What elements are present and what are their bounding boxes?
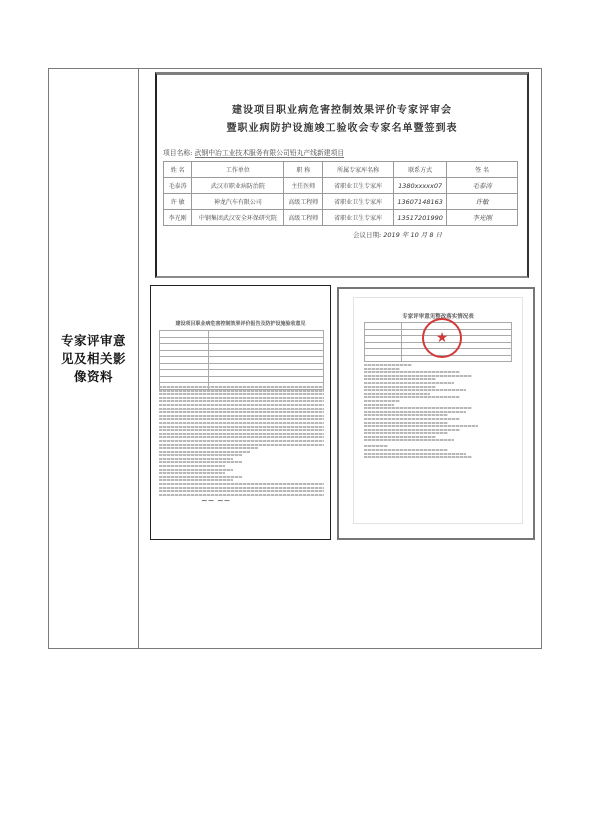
label-cell: 专家评审意见及相关影像资料 <box>49 69 139 648</box>
project-name-line: 项目名称: 武钢中冶工业技术服务有限公司铅丸产线新建项目 <box>163 147 344 157</box>
expert-title: 主任医师 <box>284 178 323 194</box>
expert-library: 省职业卫生专家库 <box>323 178 394 194</box>
expert-title: 高级工程师 <box>284 210 323 226</box>
signature-scribble: ~~ ~~ <box>201 496 230 505</box>
acceptance-opinion-title: 建设项目职业病危害控制效果评价报告及防护设施验收意见 <box>151 320 330 327</box>
opinion-text-block <box>159 386 324 497</box>
expert-name: 李光刚 <box>164 210 192 226</box>
rectification-page: 专家评审意见整改落实情况表 <box>353 297 523 524</box>
expert-contact: 13517201990 <box>394 210 447 226</box>
col-header: 工作单位 <box>192 162 284 178</box>
section-label: 专家评审意见及相关影像资料 <box>57 332 131 386</box>
table-row: 李光刚 中钢集团武汉安全环保研究院 高级工程师 省职业卫生专家库 1351720… <box>164 210 518 226</box>
meeting-date-value: 2019 年 10 月 8 日 <box>383 231 442 239</box>
col-header: 所属专家库名称 <box>323 162 394 178</box>
sign-sheet-photo: 建设项目职业病危害控制效果评价专家评审会 暨职业病防护设施竣工验收会专家名单暨签… <box>155 72 529 278</box>
expert-signature: 毛泰涛 <box>447 178 518 194</box>
rectification-text-block <box>364 364 484 460</box>
expert-library: 省职业卫生专家库 <box>323 194 394 210</box>
rectification-photo: 专家评审意见整改落实情况表 <box>337 287 535 540</box>
meeting-date-label: 会议日期: <box>353 231 381 239</box>
acceptance-info-table <box>159 330 324 390</box>
sign-sheet-title-2: 暨职业病防护设施竣工验收会专家名单暨签到表 <box>157 119 527 134</box>
col-header: 姓 名 <box>164 162 192 178</box>
expert-signature: 许敏 <box>447 194 518 210</box>
table-row: 许 敏 神龙汽车有限公司 高级工程师 省职业卫生专家库 13607148163 … <box>164 194 518 210</box>
col-header: 联系方式 <box>394 162 447 178</box>
expert-name: 毛泰涛 <box>164 178 192 194</box>
sign-sheet-title-1: 建设项目职业病危害控制效果评价专家评审会 <box>157 101 527 116</box>
expert-unit: 神龙汽车有限公司 <box>192 194 284 210</box>
project-name: 武钢中冶工业技术服务有限公司铅丸产线新建项目 <box>195 149 345 158</box>
review-table: 专家评审意见及相关影像资料 建设项目职业病危害控制效果评价专家评审会 暨职业病防… <box>48 68 542 649</box>
expert-library: 省职业卫生专家库 <box>323 210 394 226</box>
sign-table-header: 姓 名 工作单位 职 称 所属专家库名称 联系方式 签 名 <box>164 162 518 178</box>
col-header: 职 称 <box>284 162 323 178</box>
table-row: 毛泰涛 武汉市职业病防治院 主任医师 省职业卫生专家库 1380xxxxx07 … <box>164 178 518 194</box>
expert-title: 高级工程师 <box>284 194 323 210</box>
expert-contact: 1380xxxxx07 <box>394 178 447 194</box>
expert-contact: 13607148163 <box>394 194 447 210</box>
col-header: 签 名 <box>447 162 518 178</box>
project-label: 项目名称: <box>163 149 192 157</box>
expert-unit: 中钢集团武汉安全环保研究院 <box>192 210 284 226</box>
acceptance-opinion-photo: 建设项目职业病危害控制效果评价报告及防护设施验收意见 ~~ ~~ <box>150 285 331 540</box>
expert-signature: 李光刚 <box>447 210 518 226</box>
red-stamp-icon <box>422 318 462 358</box>
sign-table: 姓 名 工作单位 职 称 所属专家库名称 联系方式 签 名 毛泰涛 武汉市职业病… <box>163 161 518 226</box>
expert-unit: 武汉市职业病防治院 <box>192 178 284 194</box>
meeting-date: 会议日期: 2019 年 10 月 8 日 <box>353 230 442 239</box>
expert-name: 许 敏 <box>164 194 192 210</box>
